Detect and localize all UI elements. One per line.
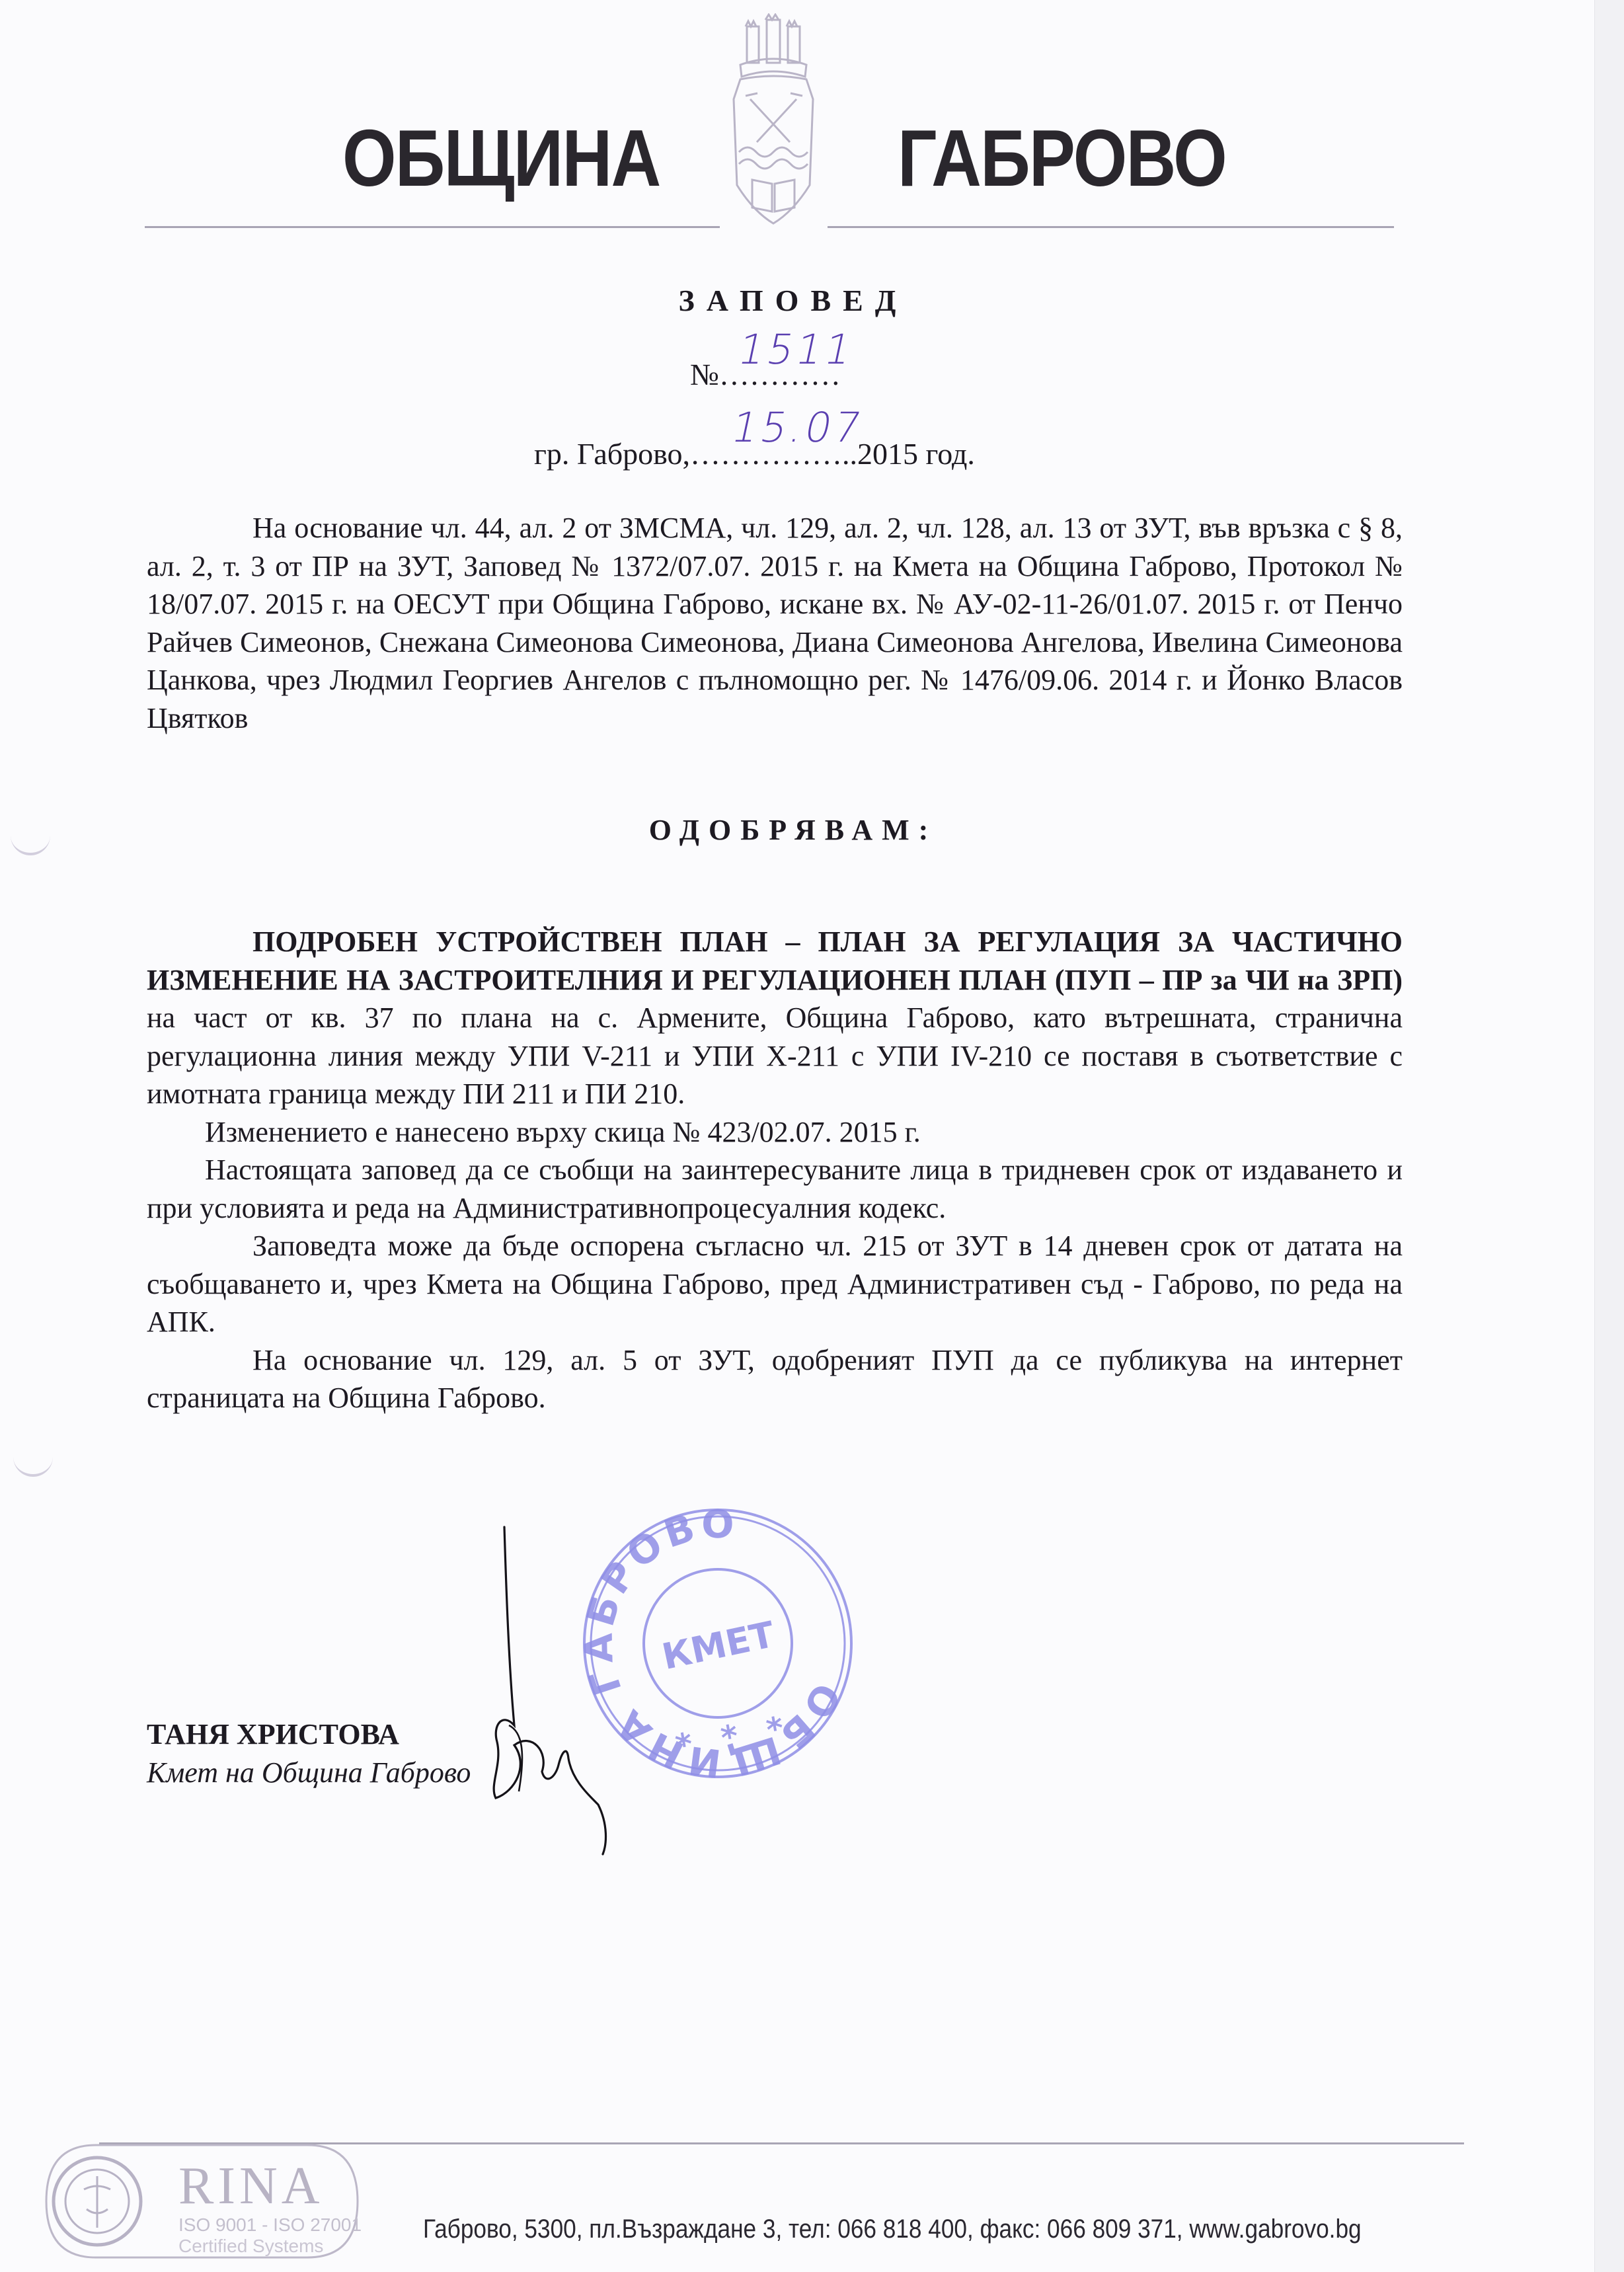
decision-paragraph: На основание чл. 129, ал. 5 от ЗУТ, одоб… <box>147 1341 1403 1417</box>
rina-certified-text: Certified Systems <box>178 2236 323 2257</box>
city-label: гр. Габрово, <box>534 437 690 471</box>
decision-paragraph: Заповедта може да бъде оспорена съгласно… <box>147 1227 1403 1341</box>
handwritten-signature <box>463 1514 674 1858</box>
decision-paragraph: Настоящата заповед да се съобщи на заинт… <box>147 1151 1403 1227</box>
year-label: 2015 год. <box>857 437 975 471</box>
letterhead-rule-left <box>145 226 720 228</box>
coat-of-arms-icon <box>727 13 820 231</box>
letterhead-rule-right <box>828 226 1394 228</box>
decision-main-paragraph: ПОДРОБЕН УСТРОЙСТВЕН ПЛАН – ПЛАН ЗА РЕГУ… <box>147 923 1403 1113</box>
footer-contact-address: Габрово, 5300, пл.Възраждане 3, тел: 066… <box>423 2214 1362 2244</box>
letterhead-city: ГАБРОВО <box>898 118 1226 198</box>
handwritten-date: 15.07 <box>727 403 868 451</box>
rina-iso-text: ISO 9001 - ISO 27001 <box>178 2214 362 2236</box>
plan-title: ПОДРОБЕН УСТРОЙСТВЕН ПЛАН – ПЛАН ЗА РЕГУ… <box>147 925 1403 996</box>
letterhead-municipality: ОБЩИНА <box>342 118 660 198</box>
preamble-paragraph: На основание чл. 44, ал. 2 от ЗМСМА, чл.… <box>147 509 1403 737</box>
number-sign: № <box>690 358 719 391</box>
decision-paragraph: Изменението е нанесено върху скица № 423… <box>147 1113 1403 1152</box>
scan-page-edge <box>1594 0 1624 2272</box>
decision-section: ПОДРОБЕН УСТРОЙСТВЕН ПЛАН – ПЛАН ЗА РЕГУ… <box>147 923 1403 1417</box>
plan-description: на част от кв. 37 по плана на с. Арменит… <box>147 1001 1403 1110</box>
punch-hole-mark <box>13 1448 53 1477</box>
handwritten-order-number: 1511 <box>734 325 859 373</box>
signatory-name: ТАНЯ ХРИСТОВА <box>147 1717 399 1751</box>
document-title: ЗАПОВЕД <box>0 283 1586 318</box>
stamp-center-text: КМЕТ <box>658 1614 778 1678</box>
rina-logo-text: RINA <box>178 2156 324 2216</box>
signatory-title: Кмет на Община Габрово <box>147 1756 471 1789</box>
approve-heading: ОДОБРЯВАМ: <box>0 813 1586 847</box>
